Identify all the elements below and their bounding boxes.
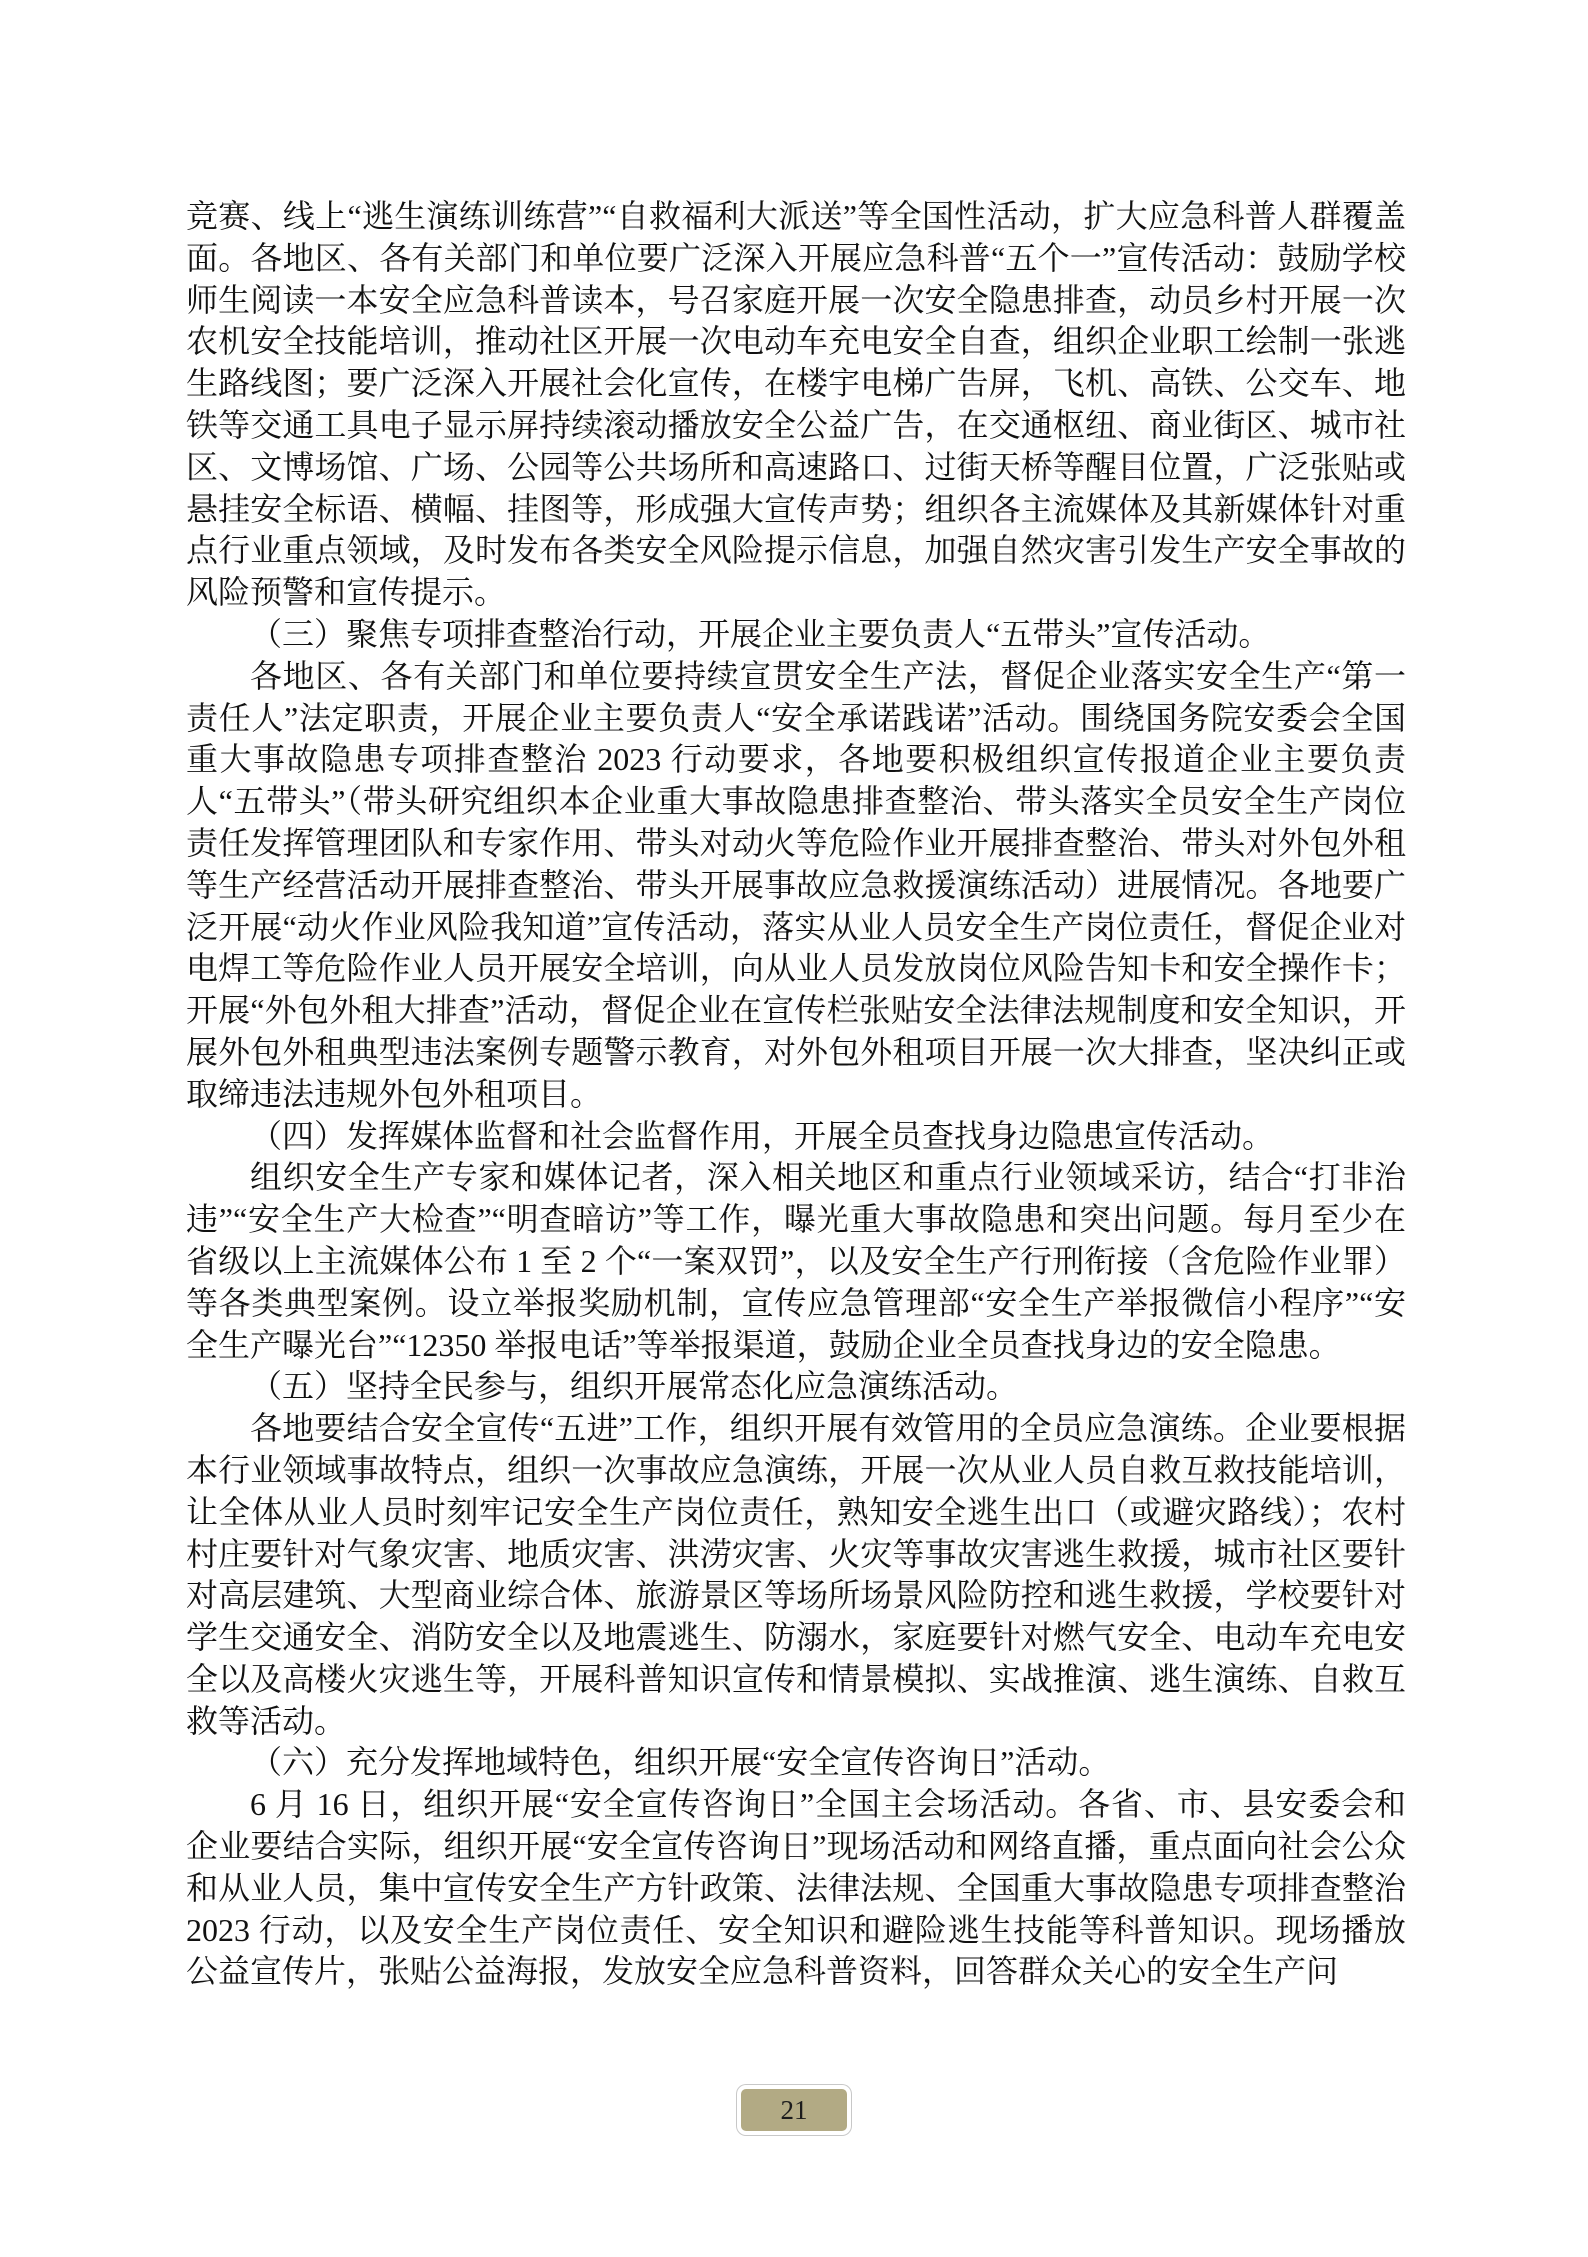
page-number: 21 [781,2095,808,2126]
body-paragraph: 各地区、各有关部门和单位要持续宣贯安全生产法，督促企业落实安全生产“第一责任人”… [186,656,1406,1116]
body-paragraph: 组织安全生产专家和媒体记者，深入相关地区和重点行业领域采访，结合“打非治违”“安… [186,1157,1406,1366]
document-body: 竞赛、线上“逃生演练训练营”“自救福利大派送”等全国性活动，扩大应急科普人群覆盖… [186,196,1406,1993]
section-heading: （四）发挥媒体监督和社会监督作用，开展全员查找身边隐患宣传活动。 [186,1116,1406,1158]
section-heading: （五）坚持全民参与，组织开展常态化应急演练活动。 [186,1366,1406,1408]
page-footer: 21 [0,2085,1588,2135]
body-paragraph: 竞赛、线上“逃生演练训练营”“自救福利大派送”等全国性活动，扩大应急科普人群覆盖… [186,196,1406,614]
section-heading: （三）聚焦专项排查整治行动，开展企业主要负责人“五带头”宣传活动。 [186,614,1406,656]
body-paragraph: 6 月 16 日，组织开展“安全宣传咨询日”全国主会场活动。各省、市、县安委会和… [186,1784,1406,1993]
page-number-badge: 21 [737,2085,851,2135]
section-heading: （六）充分发挥地域特色，组织开展“安全宣传咨询日”活动。 [186,1742,1406,1784]
document-page: 竞赛、线上“逃生演练训练营”“自救福利大派送”等全国性活动，扩大应急科普人群覆盖… [0,0,1588,2257]
body-paragraph: 各地要结合安全宣传“五进”工作，组织开展有效管用的全员应急演练。企业要根据本行业… [186,1408,1406,1742]
